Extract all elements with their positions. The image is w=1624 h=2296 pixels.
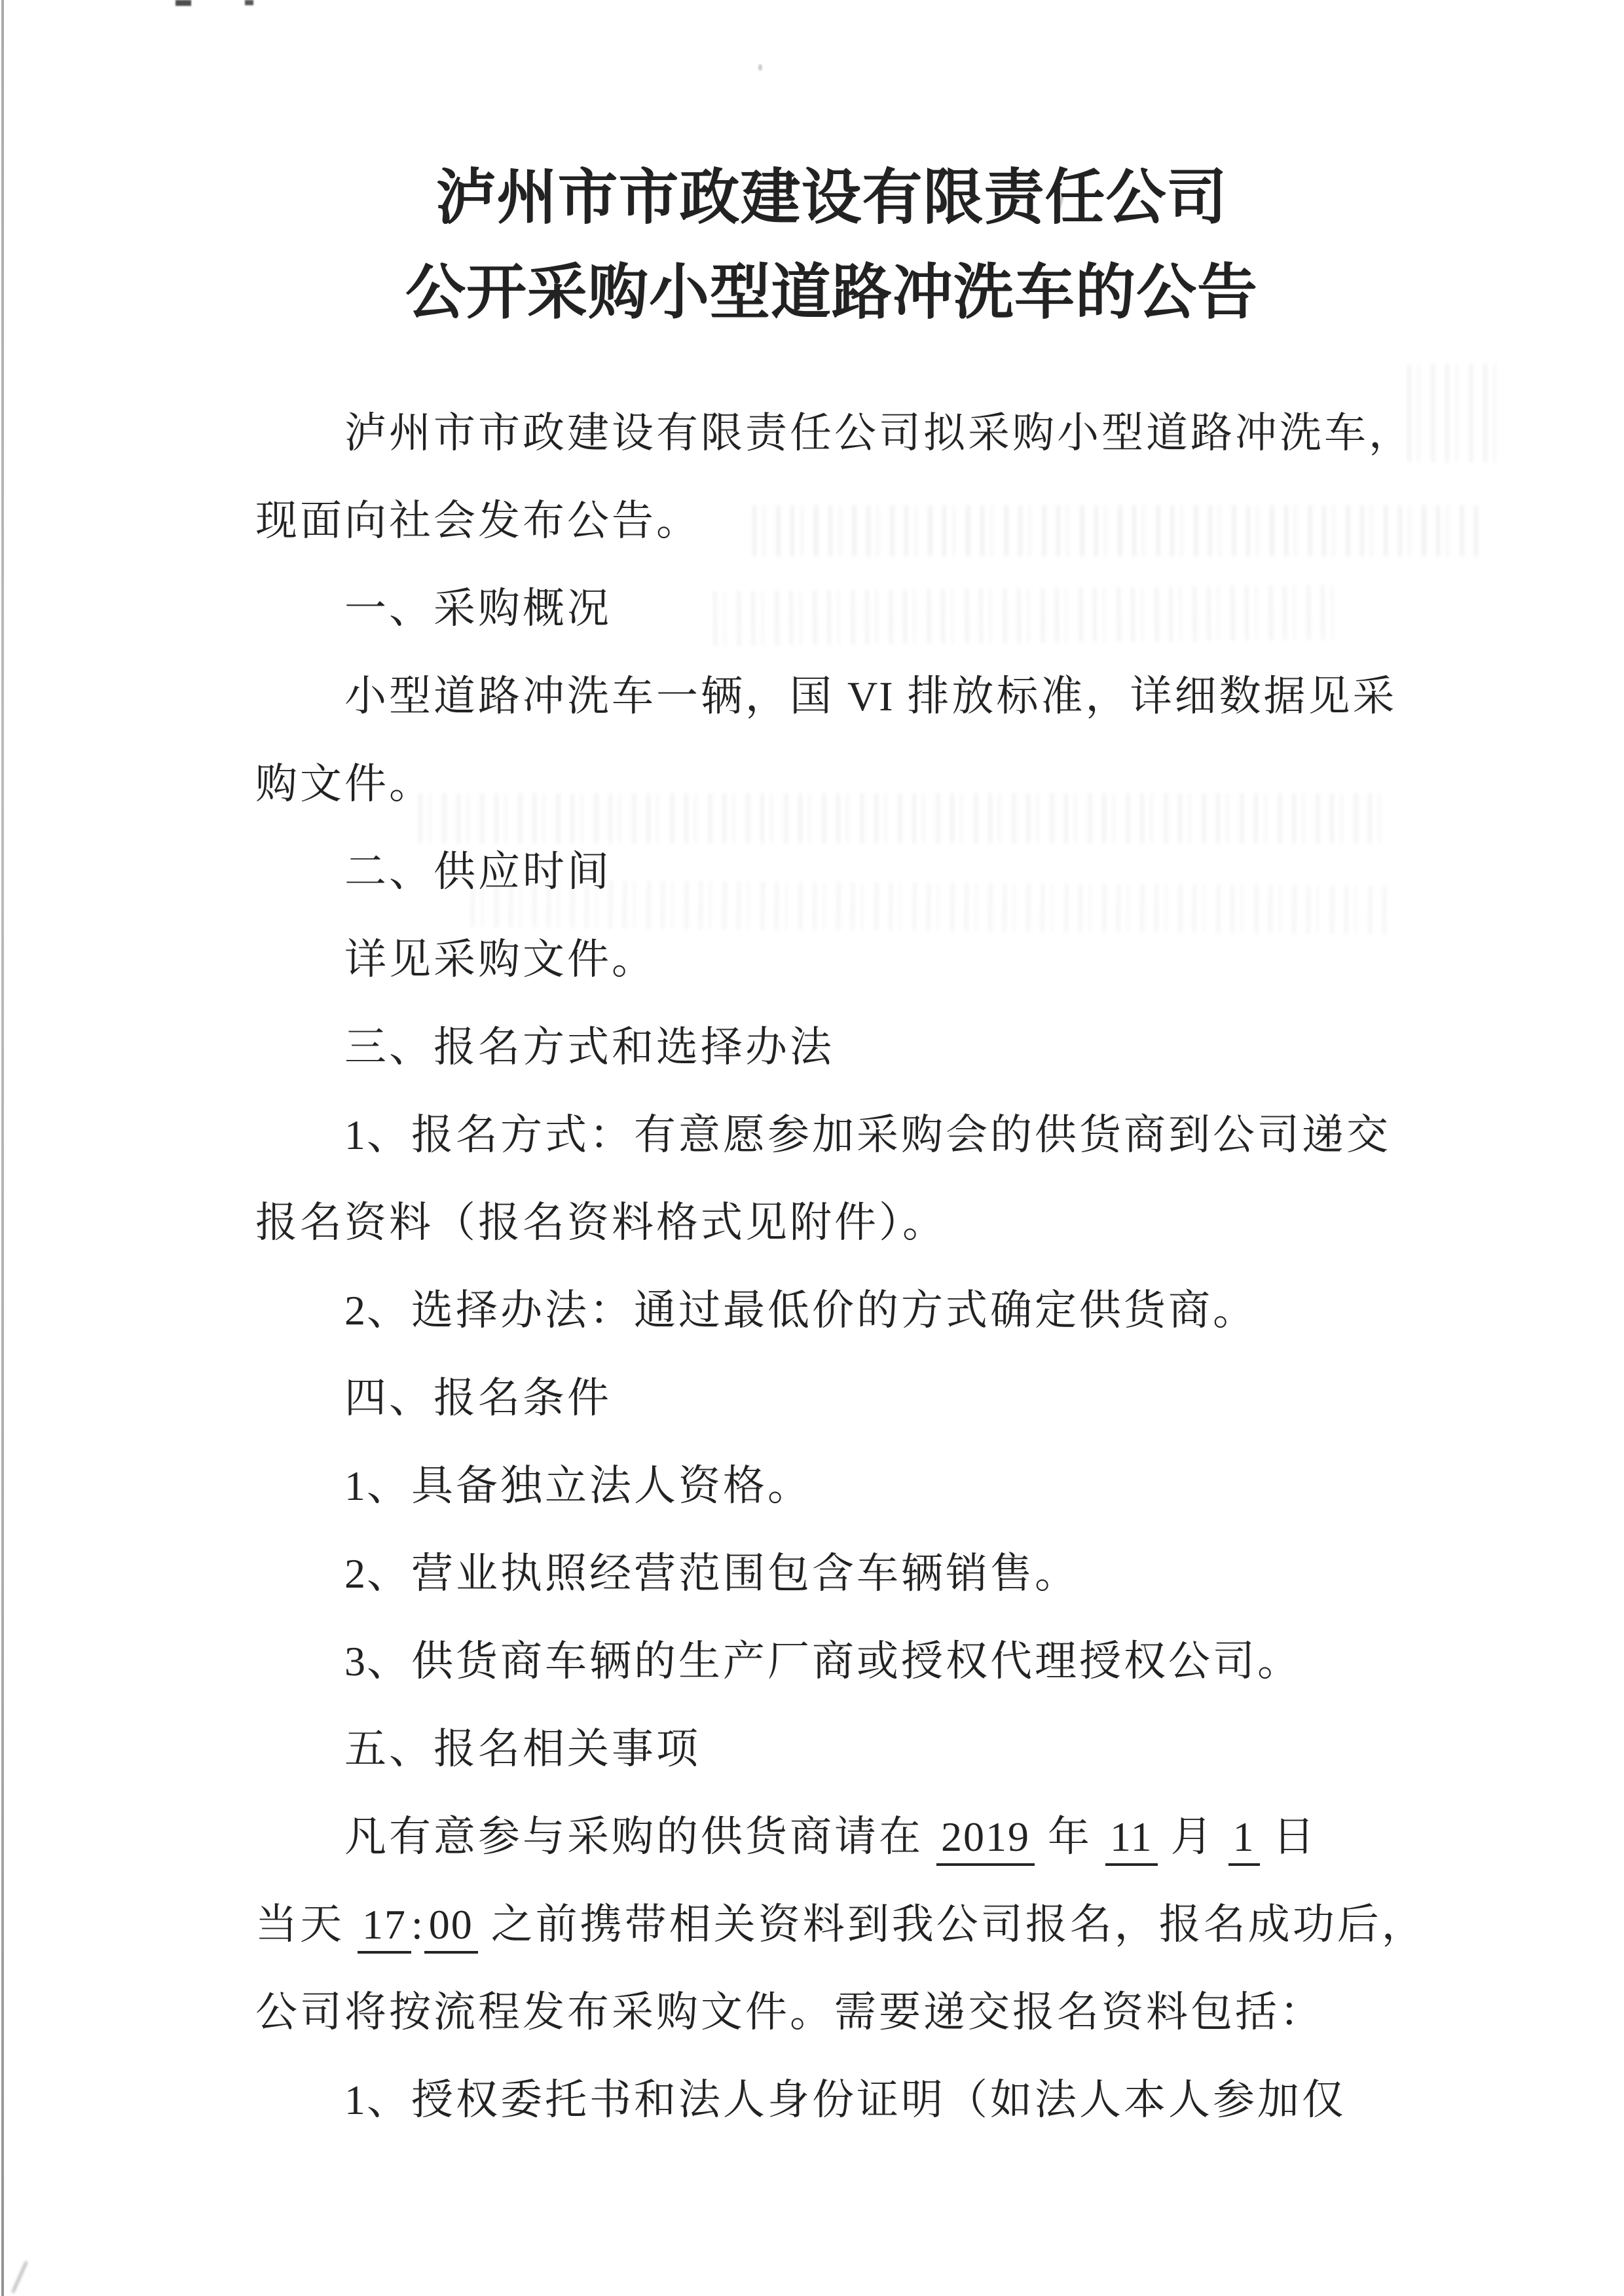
text-run: 、供货商车辆的生产厂商或授权代理授权公司。 xyxy=(367,1638,1302,1685)
text-run: 1 xyxy=(344,1112,367,1158)
text-run: 3 xyxy=(344,1638,367,1685)
body-line: 2、营业执照经营范围包含车辆销售。 xyxy=(255,1530,1408,1618)
text-run: 、营业执照经营范围包含车辆销售。 xyxy=(367,1550,1079,1597)
body-line: 1、具备独立法人资格。 xyxy=(255,1442,1408,1530)
body-line: 五、报名相关事项 xyxy=(255,1705,1408,1793)
text-run: 年 xyxy=(1035,1813,1105,1860)
text-run: 1 xyxy=(344,1463,367,1509)
text-run: 现面向社会发布公告。 xyxy=(255,498,701,544)
text-run: 一、采购概况 xyxy=(344,585,612,632)
text-run: 之前携带相关资料到我公司报名，报名成功后， xyxy=(478,1901,1426,1948)
document-title-line2: 公开采购小型道路冲洗车的公告 xyxy=(255,246,1408,340)
text-run: 、授权委托书和法人身份证明（如法人本人参加仅 xyxy=(367,2077,1346,2123)
text-run: 月 xyxy=(1158,1813,1228,1860)
scan-edge-line xyxy=(1,0,4,2296)
text-run: 二、供应时间 xyxy=(344,848,612,895)
text-run: 详见采购文件。 xyxy=(344,936,656,983)
text-run: 2 xyxy=(344,1287,367,1334)
text-run: 当天 xyxy=(255,1901,358,1948)
text-run: VI xyxy=(847,673,895,720)
underlined-value: 11 xyxy=(1105,1813,1158,1866)
body-line: 公司将按流程发布采购文件。需要递交报名资料包括： xyxy=(255,1969,1408,2056)
body-line: 1、授权委托书和法人身份证明（如法人本人参加仅 xyxy=(255,2056,1408,2144)
body: 泸州市市政建设有限责任公司拟采购小型道路冲洗车，现面向社会发布公告。一、采购概况… xyxy=(255,390,1408,2144)
document-title-line1: 泸州市市政建设有限责任公司 xyxy=(255,151,1408,246)
body-line: 当天 17:00 之前携带相关资料到我公司报名，报名成功后， xyxy=(255,1881,1408,1969)
text-run: 2 xyxy=(344,1550,367,1597)
underlined-value: 2019 xyxy=(936,1813,1035,1866)
scanned-document-page: 泸州市市政建设有限责任公司 公开采购小型道路冲洗车的公告 泸州市市政建设有限责任… xyxy=(0,0,1624,2296)
text-run: 、报名方式：有意愿参加采购会的供货商到公司递交 xyxy=(367,1112,1391,1158)
body-line: 购文件。 xyxy=(255,740,1408,828)
text-run: 泸州市市政建设有限责任公司拟采购小型道路冲洗车， xyxy=(344,410,1413,456)
text-run: 、选择办法：通过最低价的方式确定供货商。 xyxy=(367,1287,1257,1334)
text-run: 三、报名方式和选择办法 xyxy=(344,1024,834,1070)
text-run: 凡有意参与采购的供货商请在 xyxy=(344,1813,936,1860)
underlined-value: 17 xyxy=(358,1901,411,1954)
text-run: 、具备独立法人资格。 xyxy=(367,1463,812,1509)
underlined-value: 1 xyxy=(1228,1813,1260,1866)
underlined-value: 00 xyxy=(424,1901,478,1954)
text-run: 报名资料（报名资料格式见附件）。 xyxy=(255,1199,947,1246)
body-line: 报名资料（报名资料格式见附件）。 xyxy=(255,1179,1408,1267)
text-run: 五、报名相关事项 xyxy=(344,1726,701,1772)
body-line: 2、选择办法：通过最低价的方式确定供货商。 xyxy=(255,1267,1408,1355)
text-run: 公司将按流程发布采购文件。需要递交报名资料包括： xyxy=(255,1989,1324,2035)
body-line: 1、报名方式：有意愿参加采购会的供货商到公司递交 xyxy=(255,1091,1408,1179)
text-column: 泸州市市政建设有限责任公司 公开采购小型道路冲洗车的公告 泸州市市政建设有限责任… xyxy=(255,0,1408,2144)
body-line: 四、报名条件 xyxy=(255,1355,1408,1442)
body-line: 小型道路冲洗车一辆，国 VI 排放标准，详细数据见采 xyxy=(255,653,1408,740)
text-run: : xyxy=(411,1901,424,1948)
scan-speck xyxy=(245,0,253,5)
body-line: 凡有意参与采购的供货商请在 2019 年 11 月 1 日 xyxy=(255,1793,1408,1881)
body-line: 泸州市市政建设有限责任公司拟采购小型道路冲洗车， xyxy=(255,390,1408,477)
text-run: 排放标准，详细数据见采 xyxy=(895,673,1397,720)
document-title: 泸州市市政建设有限责任公司 公开采购小型道路冲洗车的公告 xyxy=(255,151,1408,340)
text-run: 1 xyxy=(344,2077,367,2123)
text-run: 小型道路冲洗车一辆，国 xyxy=(344,673,847,720)
body-line: 3、供货商车辆的生产厂商或授权代理授权公司。 xyxy=(255,1618,1408,1705)
scan-speck xyxy=(12,2261,28,2293)
body-line: 一、采购概况 xyxy=(255,565,1408,653)
text-run: 日 xyxy=(1260,1813,1318,1860)
body-line: 详见采购文件。 xyxy=(255,916,1408,1004)
body-line: 三、报名方式和选择办法 xyxy=(255,1004,1408,1091)
scan-speck xyxy=(175,0,191,6)
body-line: 现面向社会发布公告。 xyxy=(255,477,1408,565)
text-run: 购文件。 xyxy=(255,761,434,807)
bleedthrough-artifact xyxy=(1408,364,1500,462)
text-run: 四、报名条件 xyxy=(344,1375,612,1421)
body-line: 二、供应时间 xyxy=(255,828,1408,916)
